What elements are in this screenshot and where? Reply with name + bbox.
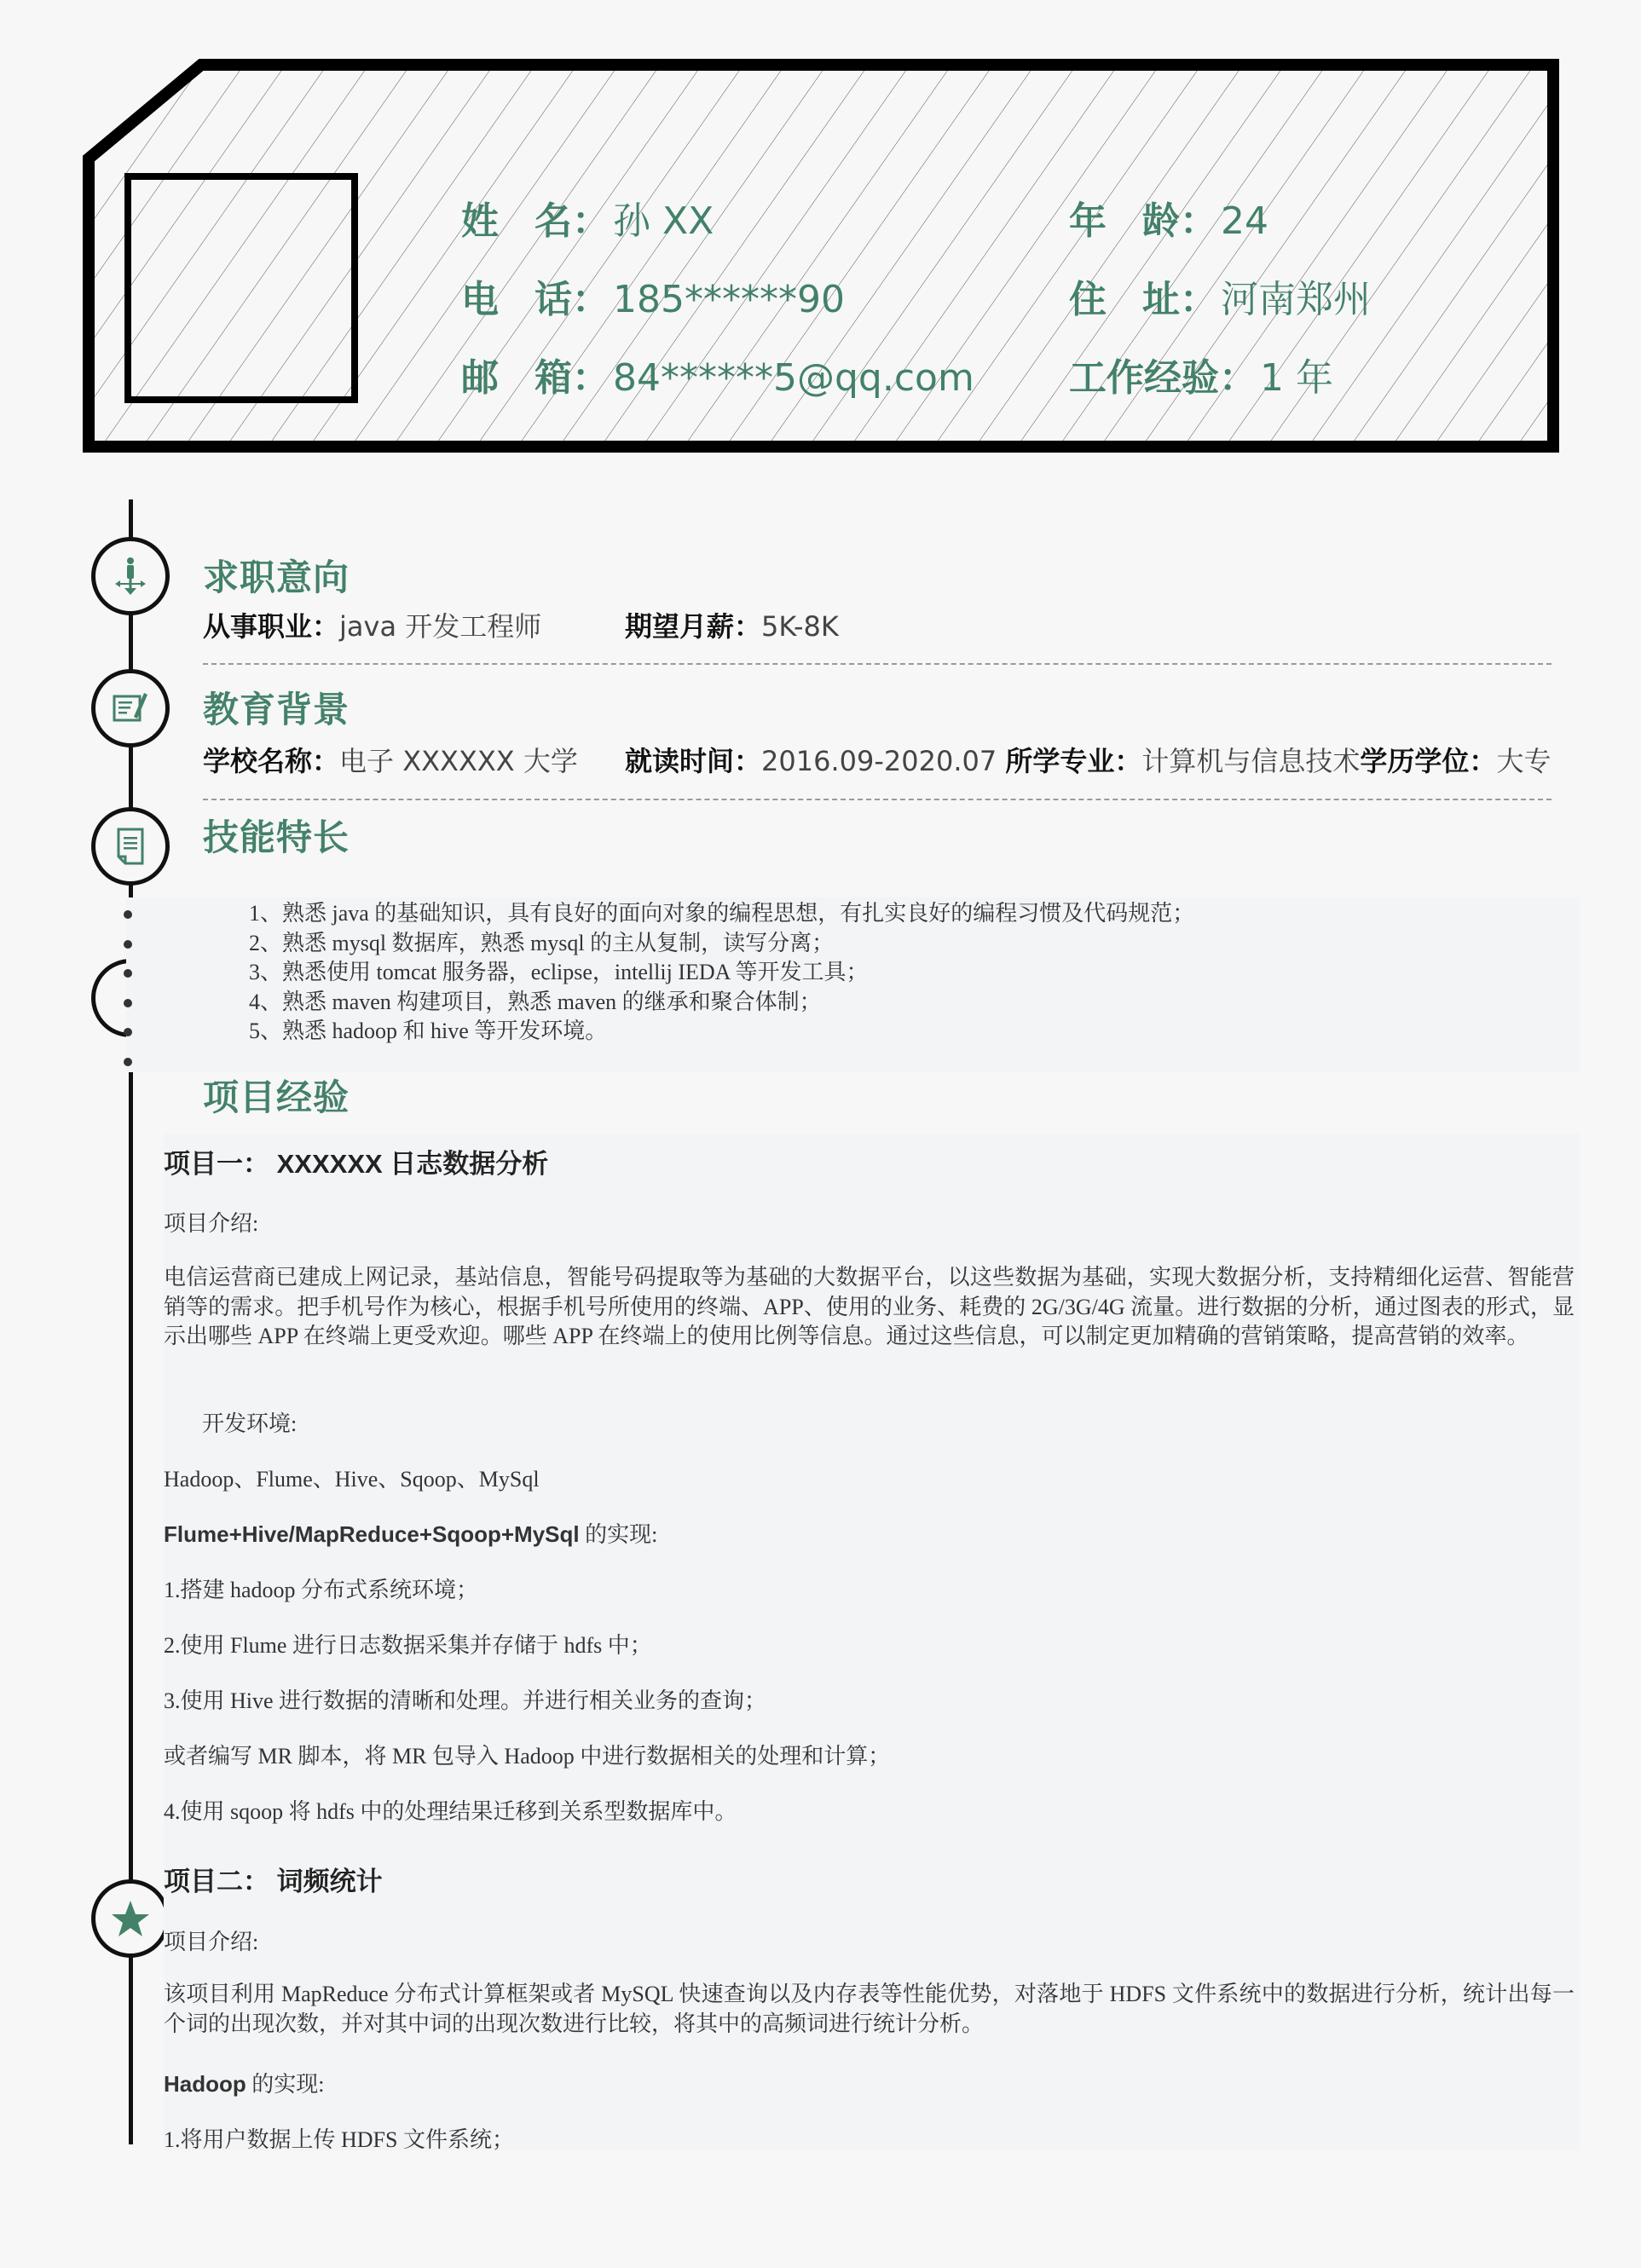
project1-intro-label: 项目介绍: xyxy=(164,1206,258,1238)
email-label: 邮箱 xyxy=(461,347,572,401)
age-value: 24 xyxy=(1221,199,1268,243)
skills-node xyxy=(91,807,170,886)
project1-step: 4.使用 sqoop 将 hdfs 中的处理结果迁移到关系型数据库中。 xyxy=(164,1794,737,1826)
expected-salary-field: 期望月薪：5K-8K xyxy=(625,605,839,644)
age-field: 年龄：24 xyxy=(1069,190,1268,245)
bullet-dot xyxy=(124,999,132,1007)
divider xyxy=(203,663,1551,665)
career-direction-icon xyxy=(110,556,151,597)
name-value: 孙 XX xyxy=(613,190,714,245)
experience-field: 工作经验：1 年 xyxy=(1069,347,1333,401)
skill-item: 4、熟悉 maven 构建项目，熟悉 maven 的继承和聚合体制； xyxy=(249,988,1194,1018)
project1-step: 1.搭建 hadoop 分布式系统环境； xyxy=(164,1573,478,1604)
profile-header: 姓名：孙 XX 电话：185******90 邮箱：84******5@qq.c… xyxy=(82,58,1560,453)
project2-intro: 该项目利用 MapReduce 分布式计算框架或者 MySQL 快速查询以及内存… xyxy=(164,1980,1575,2039)
bullet-dot xyxy=(124,969,132,978)
school-field: 学校名称：电子 XXXXXX 大学 xyxy=(203,740,578,779)
skill-item: 1、熟悉 java 的基础知识，具有良好的面向对象的编程思想，有扎实良好的编程习… xyxy=(249,899,1194,929)
job-title-field: 从事职业：java 开发工程师 xyxy=(203,605,541,644)
skill-item: 2、熟悉 mysql 数据库，熟悉 mysql 的主从复制，读写分离； xyxy=(249,929,1194,959)
project2-impl-heading: Hadoop 的实现: xyxy=(164,2067,325,2098)
bullet-dot xyxy=(124,940,132,949)
bullet-dot xyxy=(124,910,132,919)
phone-label: 电话 xyxy=(461,268,572,323)
project1-impl-heading: Flume+Hive/MapReduce+Sqoop+MySql 的实现: xyxy=(164,1517,657,1549)
document-icon xyxy=(110,826,151,867)
address-field: 住址：河南郑州 xyxy=(1069,268,1371,323)
project1-step: 或者编写 MR 脚本，将 MR 包导入 Hadoop 中进行数据相关的处理和计算… xyxy=(164,1739,890,1770)
job-intention-node xyxy=(91,537,170,615)
project2-step: 1.将用户数据上传 HDFS 文件系统； xyxy=(164,2122,514,2154)
skill-item: 5、熟悉 hadoop 和 hive 等开发环境。 xyxy=(249,1017,1194,1047)
name-field: 姓名：孙 XX xyxy=(461,190,714,245)
bullet-dot xyxy=(124,1028,132,1036)
project1-env-label: 开发环境: xyxy=(202,1406,297,1438)
phone-field: 电话：185******90 xyxy=(461,268,845,323)
address-label: 住址 xyxy=(1069,268,1180,323)
project1-step: 3.使用 Hive 进行数据的清晰和处理。并进行相关业务的查询； xyxy=(164,1683,766,1715)
divider xyxy=(203,799,1551,800)
certificate-pen-icon xyxy=(110,688,151,729)
name-label: 姓名 xyxy=(461,190,572,245)
section-title-projects: 项目经验 xyxy=(203,1070,350,1121)
project2-intro-label: 项目介绍: xyxy=(164,1925,258,1956)
email-field: 邮箱：84******5@qq.com xyxy=(461,347,974,401)
age-label: 年龄 xyxy=(1069,190,1180,245)
study-period-field: 就读时间：2016.09-2020.07 所学专业：计算机与信息技术学历学位：大… xyxy=(625,740,1551,779)
projects-node xyxy=(91,1879,170,1958)
experience-value: 1 年 xyxy=(1260,347,1333,401)
project1-title: 项目一： XXXXXX 日志数据分析 xyxy=(164,1142,548,1180)
education-node xyxy=(91,669,170,747)
project2-title: 项目二： 词频统计 xyxy=(164,1860,383,1898)
project1-step: 2.使用 Flume 进行日志数据采集并存储于 hdfs 中； xyxy=(164,1628,652,1659)
section-title-skills: 技能特长 xyxy=(203,810,350,861)
project1-env: Hadoop、Flume、Hive、Sqoop、MySql xyxy=(164,1462,540,1493)
skill-item: 3、熟悉使用 tomcat 服务器，eclipse，intellij IEDA … xyxy=(249,958,1194,988)
project1-intro: 电信运营商已建成上网记录，基站信息，智能号码提取等为基础的大数据平台，以这些数据… xyxy=(164,1263,1575,1352)
section-title-job-intention: 求职意向 xyxy=(203,550,350,601)
email-value: 84******5@qq.com xyxy=(613,356,974,400)
bullet-dot xyxy=(124,1058,132,1066)
skills-list: 1、熟悉 java 的基础知识，具有良好的面向对象的编程思想，有扎实良好的编程习… xyxy=(249,899,1194,1047)
address-value: 河南郑州 xyxy=(1221,268,1371,323)
experience-label: 工作经验 xyxy=(1069,347,1219,401)
star-icon xyxy=(110,1898,151,1939)
photo-placeholder xyxy=(124,173,358,403)
section-title-education: 教育背景 xyxy=(203,682,350,733)
phone-value: 185******90 xyxy=(613,278,845,321)
